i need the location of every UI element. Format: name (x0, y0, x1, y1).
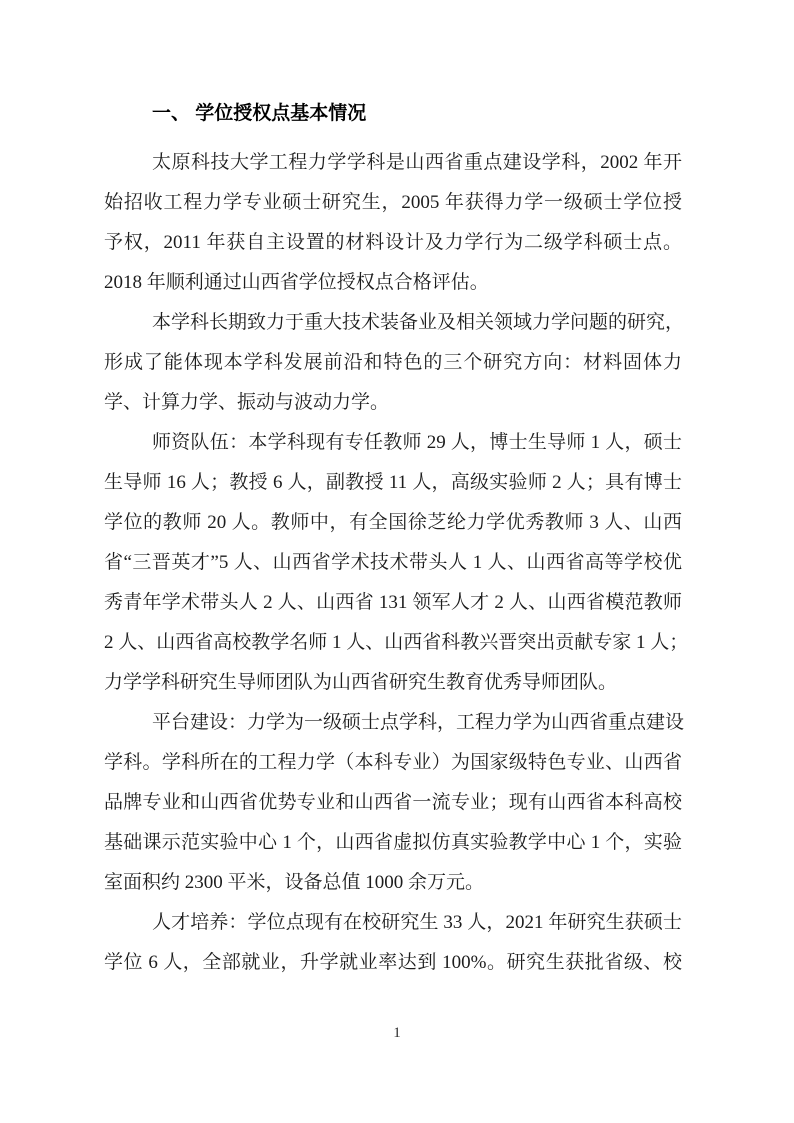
body-line: 生导师 16 人；教授 6 人，副教授 11 人，高级实验师 2 人；具有博士 (104, 463, 682, 503)
body-line: 学、计算力学、振动与波动力学。 (104, 383, 682, 423)
section-heading: 一、 学位授权点基本情况 (104, 100, 682, 127)
body-line: 学位的教师 20 人。教师中，有全国徐芝纶力学优秀教师 3 人、山西 (104, 503, 682, 543)
body-line: 品牌专业和山西省优势专业和山西省一流专业；现有山西省本科高校 (104, 783, 682, 823)
document-page: 一、 学位授权点基本情况 太原科技大学工程力学学科是山西省重点建设学科，2002… (0, 0, 794, 1123)
body-line: 本学科长期致力于重大技术装备业及相关领域力学问题的研究， (104, 303, 682, 343)
page-number: 1 (393, 1025, 401, 1041)
body-line: 力学学科研究生导师团队为山西省研究生教育优秀导师团队。 (104, 663, 682, 703)
body-line: 室面积约 2300 平米，设备总值 1000 余万元。 (104, 863, 682, 903)
body-line: 学位 6 人，全部就业，升学就业率达到 100%。研究生获批省级、校 (104, 943, 682, 983)
body-line: 省“三晋英才”5 人、山西省学术技术带头人 1 人、山西省高等学校优 (104, 543, 682, 583)
body-line: 予权，2011 年获自主设置的材料设计及力学行为二级学科硕士点。 (104, 223, 682, 263)
body-line: 平台建设：力学为一级硕士点学科，工程力学为山西省重点建设 (104, 703, 682, 743)
paragraph-platform: 平台建设：力学为一级硕士点学科，工程力学为山西省重点建设 学科。学科所在的工程力… (104, 703, 682, 903)
body-line: 人才培养：学位点现有在校研究生 33 人，2021 年研究生获硕士 (104, 903, 682, 943)
body-line: 形成了能体现本学科发展前沿和特色的三个研究方向：材料固体力 (104, 343, 682, 383)
body-line: 学科。学科所在的工程力学（本科专业）为国家级特色专业、山西省 (104, 743, 682, 783)
body-line: 2 人、山西省高校教学名师 1 人、山西省科教兴晋突出贡献专家 1 人； (104, 623, 682, 663)
body-line: 秀青年学术带头人 2 人、山西省 131 领军人才 2 人、山西省模范教师 (104, 583, 682, 623)
body-line: 2018 年顺利通过山西省学位授权点合格评估。 (104, 263, 682, 303)
body-line: 基础课示范实验中心 1 个，山西省虚拟仿真实验教学中心 1 个，实验 (104, 823, 682, 863)
paragraph-research-directions: 本学科长期致力于重大技术装备业及相关领域力学问题的研究， 形成了能体现本学科发展… (104, 303, 682, 423)
paragraph-overview: 太原科技大学工程力学学科是山西省重点建设学科，2002 年开 始招收工程力学专业… (104, 143, 682, 303)
paragraph-faculty: 师资队伍：本学科现有专任教师 29 人，博士生导师 1 人，硕士 生导师 16 … (104, 423, 682, 703)
body-line: 始招收工程力学专业硕士研究生，2005 年获得力学一级硕士学位授 (104, 183, 682, 223)
page-footer: 1 (0, 1022, 794, 1044)
body-line: 太原科技大学工程力学学科是山西省重点建设学科，2002 年开 (104, 143, 682, 183)
body-line: 师资队伍：本学科现有专任教师 29 人，博士生导师 1 人，硕士 (104, 423, 682, 463)
paragraph-talent: 人才培养：学位点现有在校研究生 33 人，2021 年研究生获硕士 学位 6 人… (104, 903, 682, 983)
document-content: 一、 学位授权点基本情况 太原科技大学工程力学学科是山西省重点建设学科，2002… (0, 0, 794, 983)
